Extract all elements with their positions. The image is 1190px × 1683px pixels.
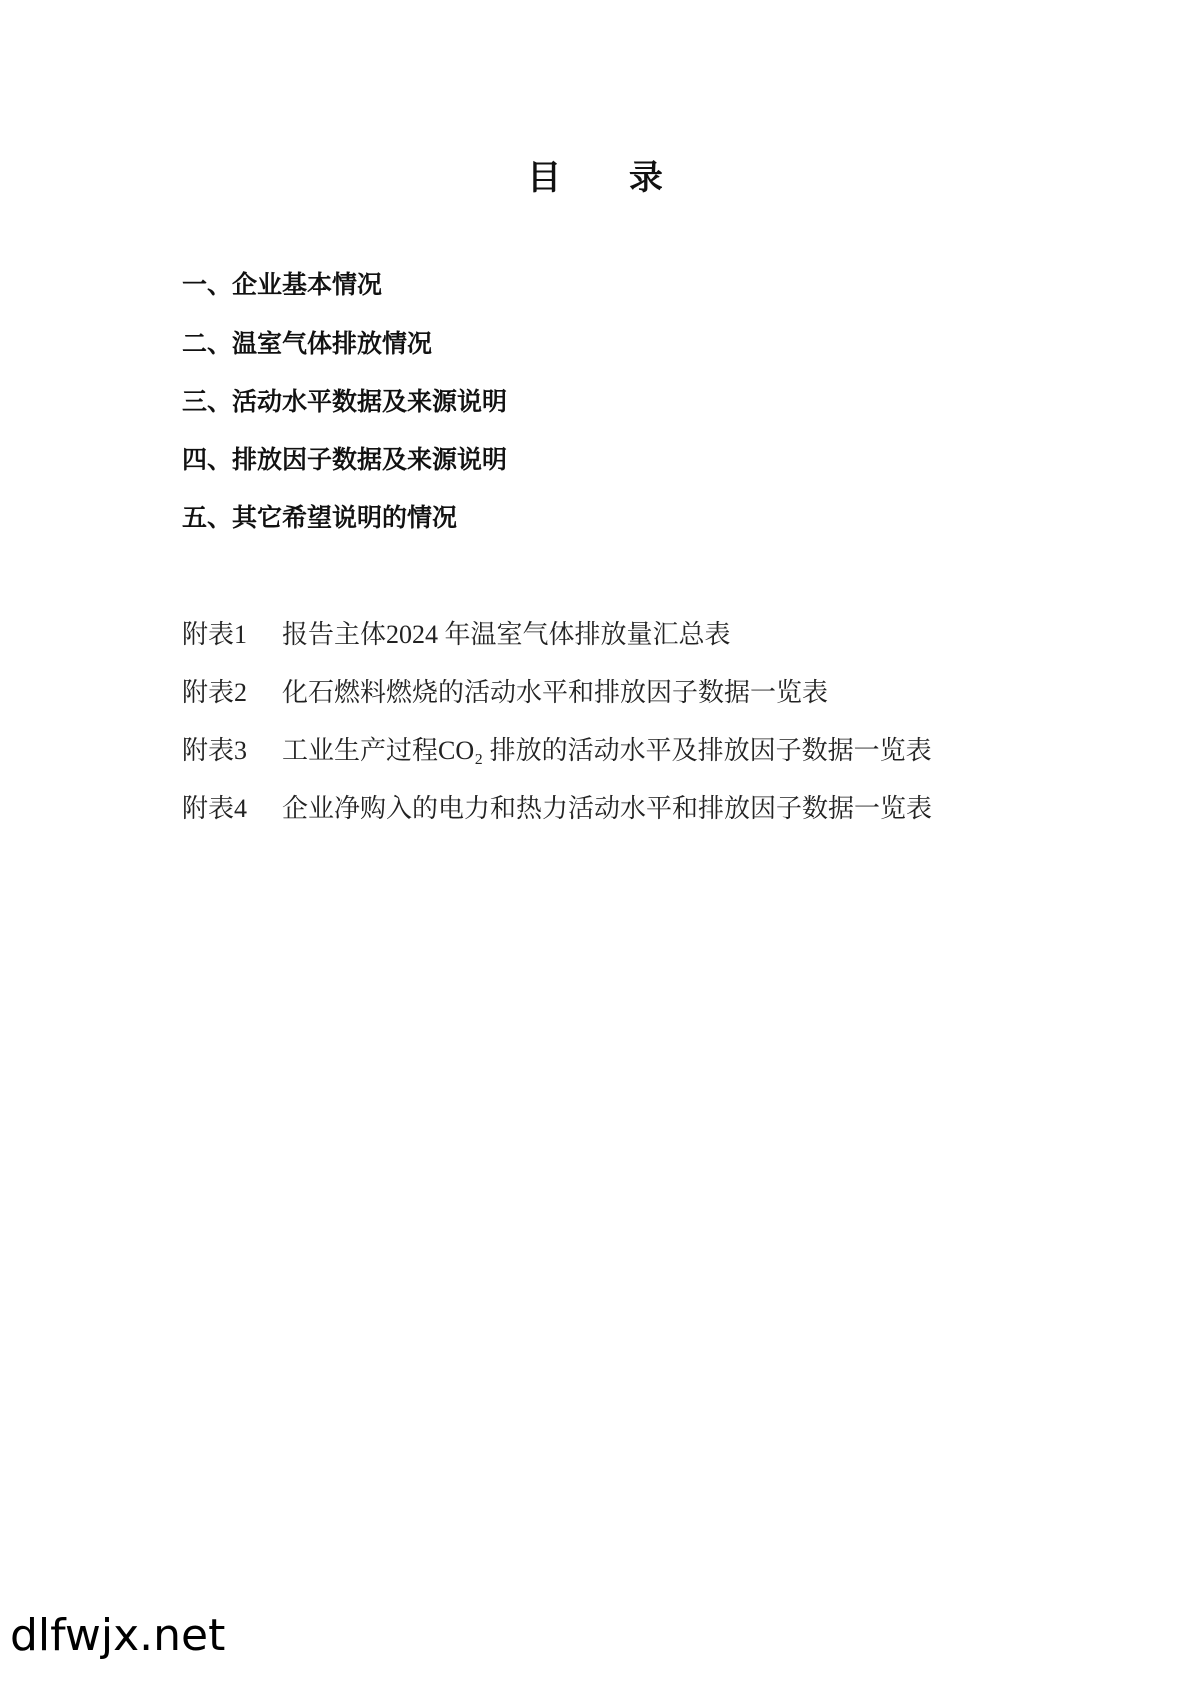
appendix-title: 化石燃料燃烧的活动水平和排放因子数据一览表: [282, 678, 828, 707]
appendix-number: 附表2: [182, 672, 282, 709]
appendix-title: 企业净购入的电力和热力活动水平和排放因子数据一览表: [282, 794, 932, 823]
appendix-number: 附表1: [182, 614, 282, 651]
toc-section-5: 五、其它希望说明的情况: [182, 498, 457, 534]
toc-appendix-3: 附表3工业生产过程CO₂ 排放的活动水平及排放因子数据一览表: [182, 730, 932, 767]
toc-section-4: 四、排放因子数据及来源说明: [182, 440, 507, 476]
toc-section-2: 二、温室气体排放情况: [182, 324, 432, 360]
toc-appendix-4: 附表4企业净购入的电力和热力活动水平和排放因子数据一览表: [182, 788, 932, 825]
toc-section-3: 三、活动水平数据及来源说明: [182, 382, 507, 418]
appendix-title: 工业生产过程CO₂ 排放的活动水平及排放因子数据一览表: [282, 736, 932, 765]
appendix-title: 报告主体2024 年温室气体排放量汇总表: [282, 620, 731, 649]
appendix-number: 附表4: [182, 788, 282, 825]
watermark: dlfwjx.net: [10, 1610, 225, 1661]
toc-appendix-2: 附表2化石燃料燃烧的活动水平和排放因子数据一览表: [182, 672, 828, 709]
appendix-number: 附表3: [182, 730, 282, 767]
toc-appendix-1: 附表1报告主体2024 年温室气体排放量汇总表: [182, 614, 731, 651]
toc-section-1: 一、企业基本情况: [182, 265, 382, 301]
page-title: 目 录: [0, 150, 1190, 199]
